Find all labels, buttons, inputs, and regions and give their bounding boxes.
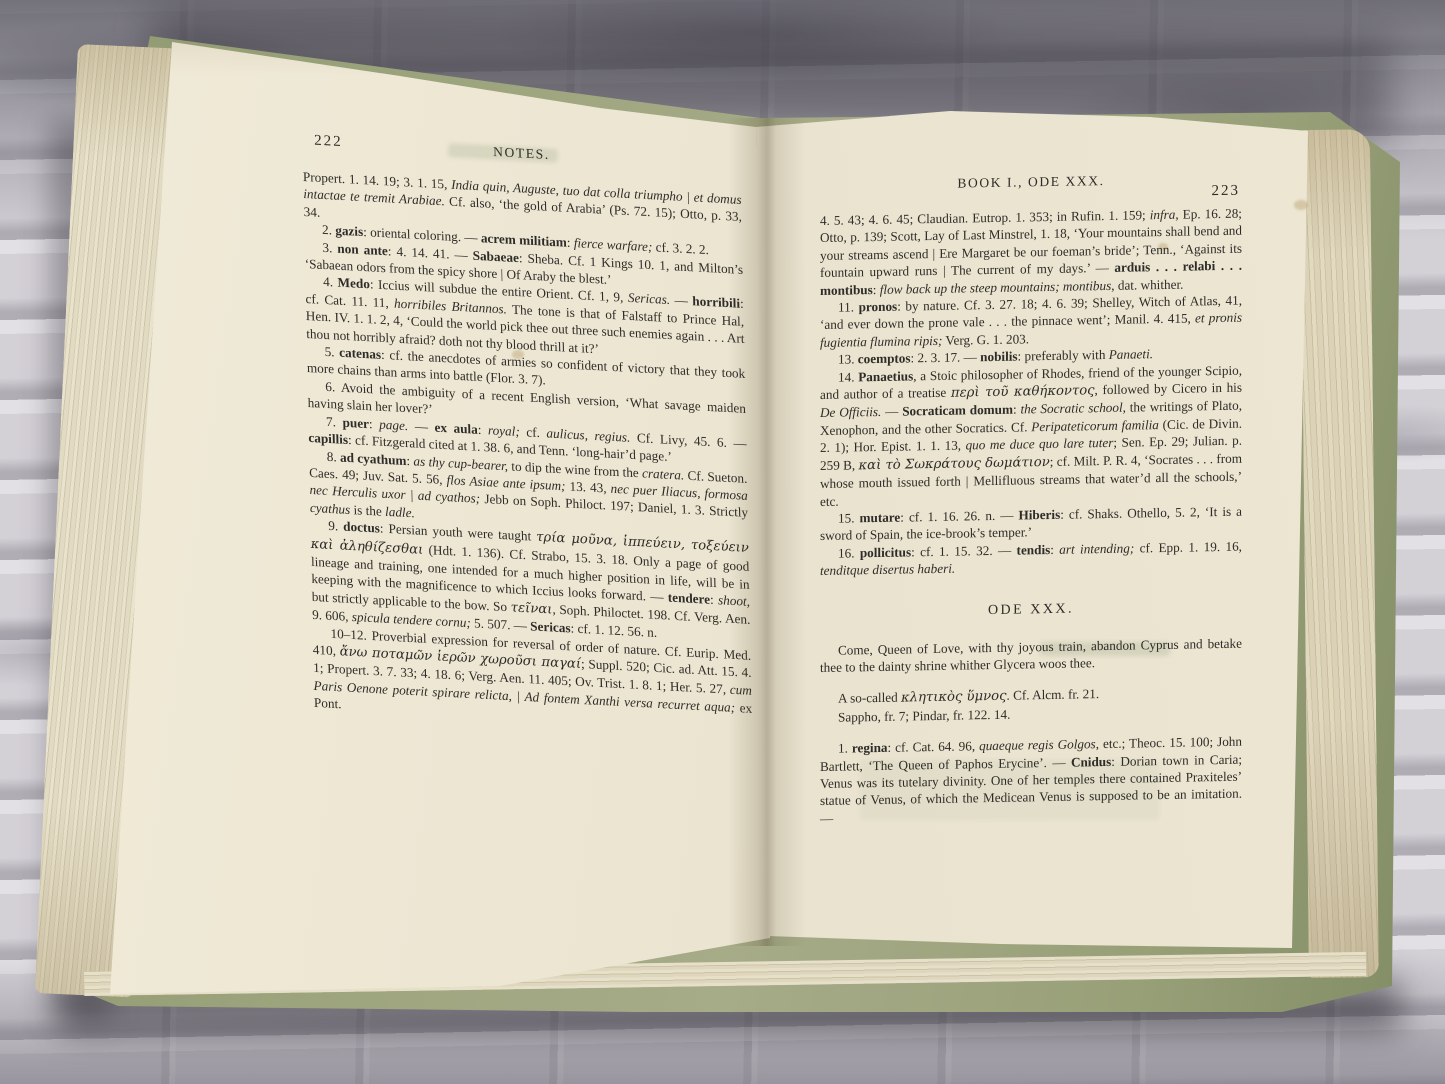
right-page-body-notes: 4. 5. 43; 4. 6. 45; Claudian. Eutrop. 1.… bbox=[820, 205, 1242, 580]
left-page-content: 222 NOTES. Propert. 1. 14. 19; 3. 1. 15,… bbox=[302, 132, 753, 734]
text-paragraph: 11. pronos: by nature. Cf. 3. 27. 18; 4.… bbox=[820, 292, 1242, 352]
right-page-content: BOOK I., ODE XXX. 223 4. 5. 43; 4. 6. 45… bbox=[820, 169, 1242, 828]
text-paragraph: Come, Queen of Love, with thy joyous tra… bbox=[820, 634, 1242, 676]
right-page-body-ode: Come, Queen of Love, with thy joyous tra… bbox=[820, 634, 1242, 827]
book-photo: 222 NOTES. Propert. 1. 14. 19; 3. 1. 15,… bbox=[0, 0, 1445, 1084]
right-page-number: 223 bbox=[1212, 183, 1241, 200]
right-running-header: BOOK I., ODE XXX. bbox=[820, 171, 1242, 194]
text-paragraph: 1. regina: cf. Cat. 64. 96, quaeque regi… bbox=[820, 733, 1242, 827]
text-paragraph: 16. pollicitus: cf. 1. 15. 32. — tendis:… bbox=[820, 537, 1242, 579]
text-paragraph: 4. 5. 43; 4. 6. 45; Claudian. Eutrop. 1.… bbox=[820, 205, 1242, 299]
page-stack-edge-right bbox=[1300, 129, 1379, 978]
text-paragraph: 14. Panaetius, a Stoic philosopher of Rh… bbox=[820, 361, 1242, 510]
foxing-spot bbox=[1294, 200, 1308, 210]
ode-section-heading: ODE XXX. bbox=[820, 598, 1242, 621]
left-page-body: Propert. 1. 14. 19; 3. 1. 15, India quin… bbox=[303, 168, 753, 734]
